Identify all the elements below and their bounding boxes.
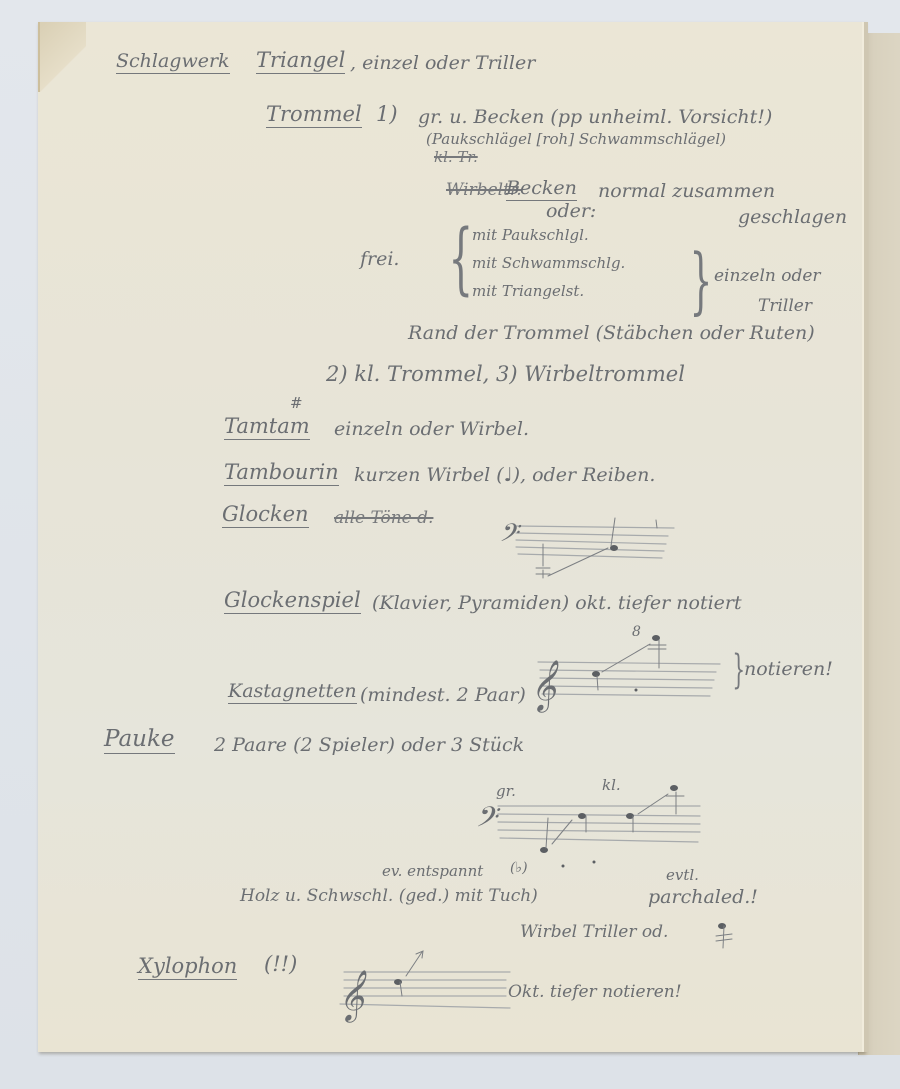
wirbel-note — [710, 916, 740, 952]
label-xylophon: Xylophon — [138, 956, 237, 980]
folded-corner — [38, 22, 86, 92]
pauke-evtl: evtl. — [666, 868, 699, 883]
trommel-line-3: 2) kl. Trommel, 3) Wirbeltrommel — [326, 364, 685, 385]
options-note-2: Triller — [758, 298, 812, 315]
brace-left: { — [448, 220, 473, 298]
becken-text-2: geschlagen — [738, 208, 847, 227]
pauke-line: Holz u. Schwschl. (ged.) mit Tuch) — [240, 888, 538, 905]
label-becken: Becken — [506, 179, 577, 201]
svg-text:𝄢: 𝄢 — [474, 801, 501, 841]
notieren-text: notieren! — [744, 660, 833, 679]
option-2: mit Schwammschlg. — [472, 256, 625, 271]
heading-pauke: Pauke — [104, 728, 175, 754]
option-3: mit Triangelst. — [472, 284, 584, 299]
glockenspiel-text: (Klavier, Pyramiden) okt. tiefer notiert — [372, 594, 742, 613]
xylophon-staff: 𝄞 — [336, 952, 516, 1032]
heading-schlagwerk: Schlagwerk — [116, 52, 230, 74]
xylophon-marks: (!!) — [264, 954, 297, 975]
options-note: einzeln oder — [714, 268, 821, 285]
trommel-number-1: 1) — [376, 104, 398, 125]
tamtam-text: einzeln oder Wirbel. — [334, 420, 529, 439]
svg-text:𝄞: 𝄞 — [338, 970, 367, 1023]
manuscript-page: Schlagwerk Triangel , einzel oder Trille… — [38, 22, 865, 1052]
pauke-parchalled: parchaled.! — [648, 888, 758, 907]
svg-text:𝄢: 𝄢 — [498, 519, 522, 554]
pauke-paren: (♭) — [510, 860, 528, 876]
pauke-wirbel: Wirbel Triller od. — [520, 924, 668, 941]
trommel-line-1: gr. u. Becken (pp unheiml. Vorsicht!) — [418, 108, 772, 127]
kastagnetten-text: (mindest. 2 Paar) — [360, 686, 526, 705]
trommel-struck-text: kl. Tr. — [434, 150, 478, 165]
brace-right: } — [689, 244, 712, 316]
glockenspiel-staff: 𝄞 8 — [526, 618, 726, 708]
pauke-entspannt: ev. entspannt — [382, 864, 483, 879]
pauke-text: 2 Paare (2 Spieler) oder 3 Stück — [214, 736, 524, 755]
label-glockenspiel: Glockenspiel — [224, 590, 361, 614]
trommel-line-2: (Paukschlägel [roh] Schwammschlägel) — [426, 132, 726, 147]
rand-line: Rand der Trommel (Stäbchen oder Ruten) — [408, 324, 815, 343]
pauke-staff: 𝄢 gr. kl. (♭) — [468, 774, 708, 864]
oder-label: oder: — [546, 202, 596, 221]
label-triangel: Triangel — [256, 50, 345, 74]
option-1: mit Paukschlgl. — [472, 228, 589, 243]
triangel-text: , einzel oder Triller — [350, 54, 535, 73]
frei-label: frei. — [360, 250, 399, 269]
label-kastagnetten: Kastagnetten — [228, 682, 357, 704]
pauke-gr: gr. — [496, 782, 516, 800]
xylophon-text: Okt. tiefer notieren! — [508, 984, 682, 1001]
becken-text: normal zusammen — [598, 182, 775, 201]
label-tambourin: Tambourin — [224, 462, 339, 486]
label-tamtam: Tamtam — [224, 416, 310, 440]
label-glocken: Glocken — [222, 504, 309, 528]
octave-mark: 8 — [632, 624, 641, 640]
label-trommel: Trommel — [266, 104, 362, 128]
tamtam-mark: # — [290, 396, 303, 411]
svg-text:𝄞: 𝄞 — [530, 660, 559, 713]
tambourin-text: kurzen Wirbel (♩), oder Reiben. — [354, 466, 655, 485]
glocken-staff: 𝄢 — [496, 516, 676, 586]
pauke-kl: kl. — [602, 776, 621, 794]
glocken-struck-text: alle Töne d. — [334, 510, 433, 527]
